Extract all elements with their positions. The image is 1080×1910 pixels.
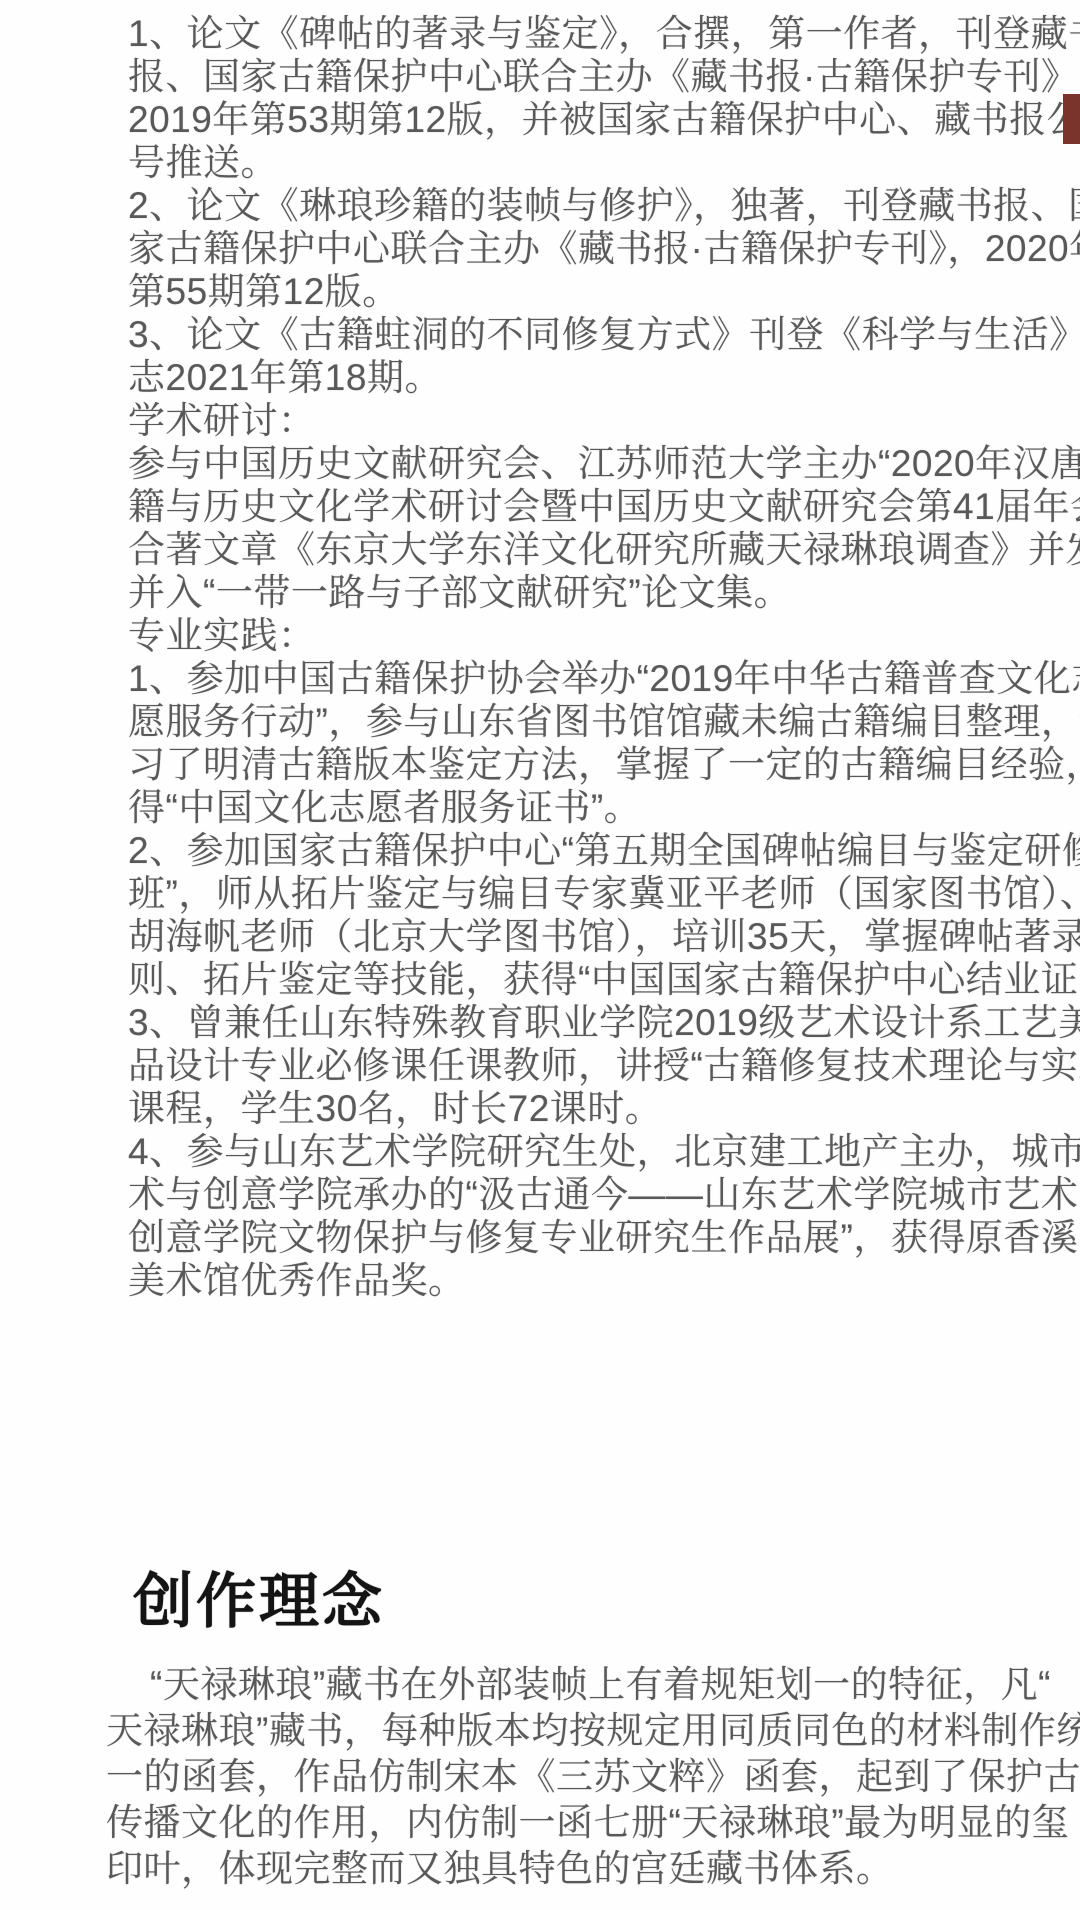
text-line: 班”，师从拓片鉴定与编目专家冀亚平老师（国家图书馆）、 (128, 872, 1020, 915)
text-line: 志2021年第18期。 (128, 356, 1020, 399)
text-line: 2、论文《琳琅珍籍的装帧与修护》，独著，刊登藏书报、国 (128, 184, 1020, 227)
text-line: 第55期第12版。 (128, 270, 1020, 313)
resume-text-block: 1、论文《碑帖的著录与鉴定》，合撰，第一作者，刊登藏书报、国家古籍保护中心联合主… (128, 12, 1020, 1302)
text-line: 家古籍保护中心联合主办《藏书报·古籍保护专刊》，2020年 (128, 227, 1020, 270)
text-line: 美术馆优秀作品奖。 (128, 1259, 1020, 1302)
text-line: “天禄琳琅”藏书在外部装帧上有着规矩划一的特征，凡“ (106, 1662, 1016, 1708)
text-line: 创意学院文物保护与修复专业研究生作品展”，获得原香溪谷 (128, 1216, 1020, 1259)
text-line: 报、国家古籍保护中心联合主办《藏书报·古籍保护专刊》 (128, 55, 1020, 98)
text-line: 学术研讨： (128, 399, 1020, 442)
text-line: 愿服务行动”，参与山东省图书馆馆藏未编古籍编目整理，学 (128, 700, 1020, 743)
text-line: 习了明清古籍版本鉴定方法，掌握了一定的古籍编目经验，获 (128, 743, 1020, 786)
text-line: 3、曾兼任山东特殊教育职业学院2019级艺术设计系工艺美术 (128, 1001, 1020, 1044)
text-line: 合著文章《东京大学东洋文化研究所藏天禄琳琅调查》并发言 (128, 528, 1020, 571)
text-line: 2、参加国家古籍保护中心“第五期全国碑帖编目与鉴定研修 (128, 829, 1020, 872)
text-line: 籍与历史文化学术研讨会暨中国历史文献研究会第41届年会” (128, 485, 1020, 528)
scrollbar-thumb[interactable] (1063, 94, 1080, 144)
text-line: 得“中国文化志愿者服务证书”。 (128, 786, 1020, 829)
text-line: 并入“一带一路与子部文献研究”论文集。 (128, 571, 1020, 614)
text-line: 号推送。 (128, 141, 1020, 184)
text-line: 传播文化的作用，内仿制一函七册“天禄琳琅”最为明显的玺 (106, 1800, 1016, 1846)
text-line: 参与中国历史文献研究会、江苏师范大学主办“2020年汉唐典 (128, 442, 1020, 485)
section-title: 创作理念 (133, 1566, 385, 1638)
text-line: 专业实践： (128, 614, 1020, 657)
text-line: 3、论文《古籍蛀洞的不同修复方式》刊登《科学与生活》杂 (128, 313, 1020, 356)
text-line: 1、参加中国古籍保护协会举办“2019年中华古籍普查文化志 (128, 657, 1020, 700)
text-line: 术与创意学院承办的“汲古通今——山东艺术学院城市艺术与 (128, 1173, 1020, 1216)
text-line: 2019年第53期第12版，并被国家古籍保护中心、藏书报公众 (128, 98, 1020, 141)
text-line: 4、参与山东艺术学院研究生处，北京建工地产主办，城市艺 (128, 1130, 1020, 1173)
text-line: 胡海帆老师（北京大学图书馆），培训35天，掌握碑帖著录规 (128, 915, 1020, 958)
text-line: 则、拓片鉴定等技能，获得“中国国家古籍保护中心结业证书 (128, 958, 1020, 1001)
document-page: 1、论文《碑帖的著录与鉴定》，合撰，第一作者，刊登藏书报、国家古籍保护中心联合主… (0, 0, 1080, 1910)
text-line: 品设计专业必修课任课教师，讲授“古籍修复技术理论与实践 (128, 1044, 1020, 1087)
text-line: 印叶，体现完整而又独具特色的宫廷藏书体系。 (106, 1846, 1016, 1892)
text-line: 天禄琳琅”藏书，每种版本均按规定用同质同色的材料制作统 (106, 1708, 1016, 1754)
text-line: 课程，学生30名，时长72课时。 (128, 1087, 1020, 1130)
text-line: 一的函套，作品仿制宋本《三苏文粹》函套，起到了保护古籍 (106, 1754, 1016, 1800)
text-line: 1、论文《碑帖的著录与鉴定》，合撰，第一作者，刊登藏书 (128, 12, 1020, 55)
concept-paragraph: “天禄琳琅”藏书在外部装帧上有着规矩划一的特征，凡“天禄琳琅”藏书，每种版本均按… (106, 1662, 1016, 1892)
